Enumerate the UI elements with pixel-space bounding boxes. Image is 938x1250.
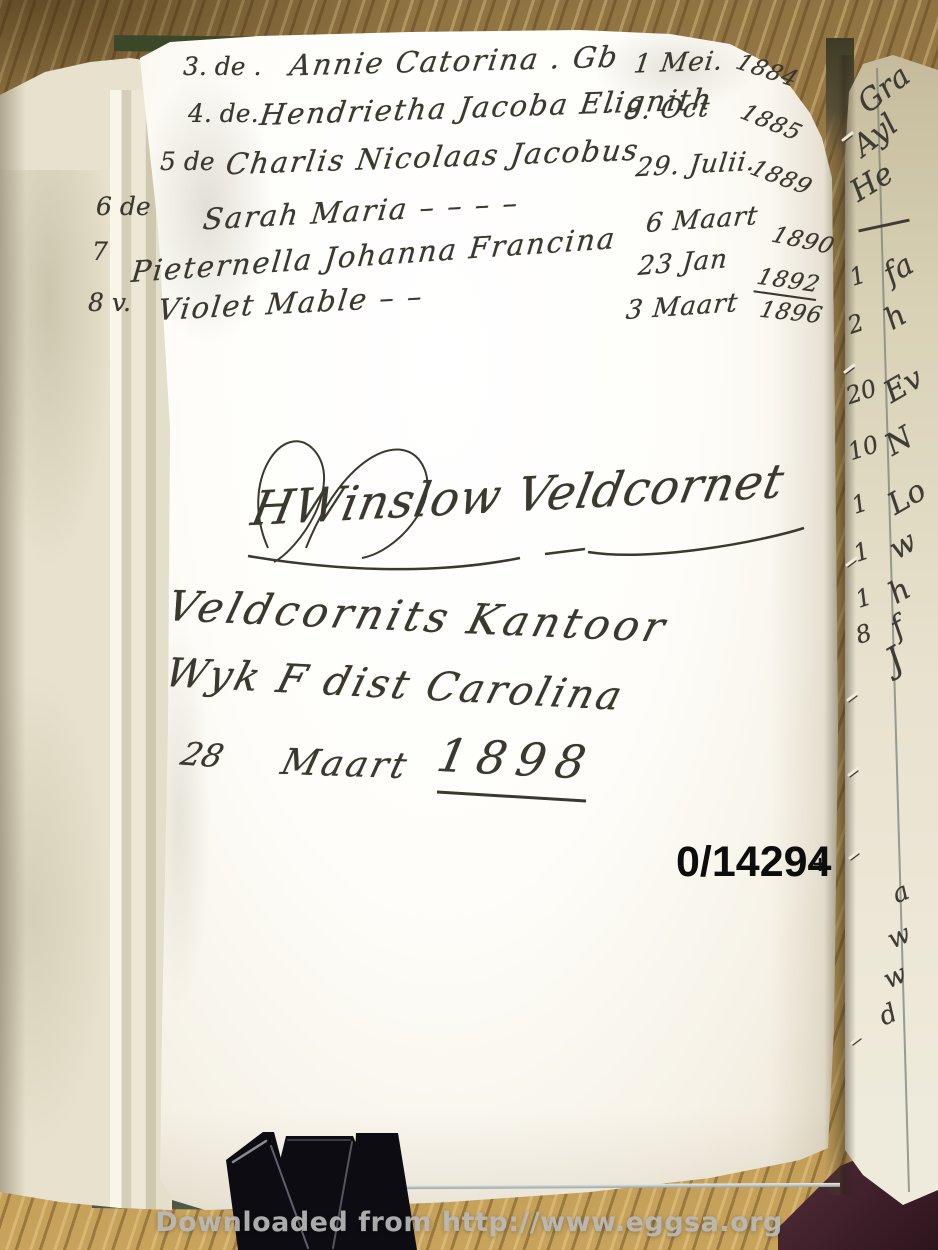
entry-4-number: 4. de. (188, 99, 259, 128)
entry-8-number: 8 v. (88, 288, 131, 317)
photo-of-register-page: 3. de . Annie Catorina . Gb 1 Mei. 1884 … (0, 0, 938, 1250)
entry-6-number: 6 de (96, 192, 151, 221)
date-month: Maart (277, 742, 414, 787)
entry-5-number: 5 de (160, 147, 215, 176)
page-edge-strip (110, 90, 121, 1210)
entry-3-date: 1 Mei. (632, 46, 726, 79)
entry-4-date: · 8. Oct (604, 93, 712, 127)
binding-gutter-shadow (824, 55, 856, 1195)
left-page-edges-stack (0, 50, 172, 1215)
archive-reference-number: 0/14294 (676, 838, 831, 887)
page-edge-strip (122, 90, 131, 1210)
entry-7-number: 7 (92, 237, 108, 266)
date-year: 1898 (433, 728, 600, 790)
left-edge-shadow (0, 50, 26, 1215)
entry-3-number: 3. de . (183, 52, 262, 81)
eggsa-watermark: Downloaded from http://www.eggsa.org (0, 1207, 938, 1238)
